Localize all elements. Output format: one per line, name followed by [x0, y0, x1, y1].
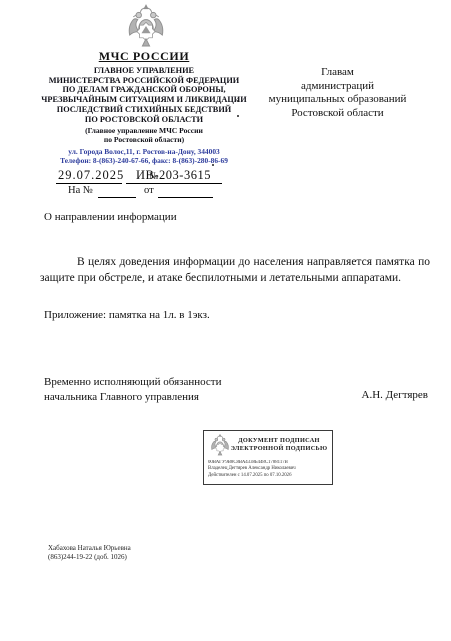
letterhead-line: ГЛАВНОЕ УПРАВЛЕНИЕ — [28, 66, 260, 76]
stamp-emblem-icon — [210, 434, 230, 456]
letterhead-line: ПО ДЕЛАМ ГРАЖДАНСКОЙ ОБОРОНЫ, — [28, 85, 260, 95]
letterhead-line: ПОСЛЕДСТВИЙ СТИХИЙНЫХ БЕДСТВИЙ — [28, 105, 260, 115]
reply-to-label: На № — [68, 185, 93, 196]
executor-name: Хабахова Наталья Юрьевна — [48, 544, 131, 553]
executor-phone: (863)244-19-22 (доб. 1026) — [48, 553, 131, 562]
stamp-title-line: ДОКУМЕНТ ПОДПИСАН — [230, 437, 328, 446]
stamp-title: ДОКУМЕНТ ПОДПИСАН ЭЛЕКТРОННОЙ ПОДПИСЬЮ — [230, 437, 328, 454]
stamp-details: 00ВАГУ9В8С8ВА4338Б448С1788117В Владелец … — [208, 460, 328, 479]
org-title: МЧС РОССИИ — [28, 49, 260, 64]
reply-number-underline — [98, 197, 136, 198]
letterhead-subtitle: (Главное управление МЧС России по Ростов… — [28, 126, 260, 145]
reply-date-underline — [158, 197, 213, 198]
mchs-emblem-icon — [126, 4, 166, 48]
recipient-line: Главам — [255, 66, 420, 80]
stamp-title-line: ЭЛЕКТРОННОЙ ПОДПИСЬЮ — [230, 445, 328, 454]
signer-position: Временно исполняющий обязанности начальн… — [44, 375, 221, 404]
signer-name: А.Н. Дегтярев — [362, 389, 428, 401]
recipient-block: Главам администраций муниципальных образ… — [255, 66, 420, 120]
subject-line: О направлении информации — [44, 211, 177, 223]
letter-number: ИВ-203-3615 — [136, 168, 211, 183]
scan-artifact-dot — [212, 164, 214, 166]
document-page: МЧС РОССИИ ГЛАВНОЕ УПРАВЛЕНИЕ МИНИСТЕРСТ… — [0, 0, 451, 641]
letterhead-line: МИНИСТЕРСТВА РОССИЙСКОЙ ФЕДЕРАЦИИ — [28, 76, 260, 86]
letterhead-subtitle-line: (Главное управление МЧС России — [28, 126, 260, 135]
recipient-line: администраций — [255, 80, 420, 94]
executor-block: Хабахова Наталья Юрьевна (863)244-19-22 … — [48, 544, 131, 562]
org-address: ул. Города Волос,11, г. Ростов-на-Дону, … — [28, 147, 260, 156]
org-contacts: ул. Города Волос,11, г. Ростов-на-Дону, … — [28, 147, 260, 166]
org-phone: Телефон: 8-(863)-240-67-66, факс: 8-(863… — [28, 156, 260, 165]
recipient-line: муниципальных образований — [255, 93, 420, 107]
letterhead-subtitle-line: по Ростовской области) — [28, 135, 260, 144]
signer-position-line: начальника Главного управления — [44, 390, 221, 405]
date-underline — [56, 183, 122, 184]
scan-artifact-dot — [237, 100, 239, 102]
body-paragraph: В целях доведения информации до населени… — [40, 255, 430, 286]
number-underline — [126, 183, 222, 184]
signer-position-line: Временно исполняющий обязанности — [44, 375, 221, 390]
recipient-line: Ростовской области — [255, 107, 420, 121]
reply-from-label: от — [144, 185, 154, 196]
letterhead-block: ГЛАВНОЕ УПРАВЛЕНИЕ МИНИСТЕРСТВА РОССИЙСК… — [28, 66, 260, 124]
letterhead-line: ЧРЕЗВЫЧАЙНЫМ СИТУАЦИЯМ И ЛИКВИДАЦИИ — [28, 95, 260, 105]
stamp-header: ДОКУМЕНТ ПОДПИСАН ЭЛЕКТРОННОЙ ПОДПИСЬЮ — [208, 434, 328, 456]
stamp-validity: Действителен с 14.07.2025 по 07.10.2026 — [208, 473, 328, 479]
attachment-line: Приложение: памятка на 1л. в 1экз. — [44, 309, 210, 321]
scan-artifact-dot — [237, 115, 239, 117]
letter-date: 29.07.2025 — [58, 168, 124, 183]
letterhead-line: ПО РОСТОВСКОЙ ОБЛАСТИ — [28, 115, 260, 125]
e-signature-stamp: ДОКУМЕНТ ПОДПИСАН ЭЛЕКТРОННОЙ ПОДПИСЬЮ 0… — [203, 430, 333, 485]
